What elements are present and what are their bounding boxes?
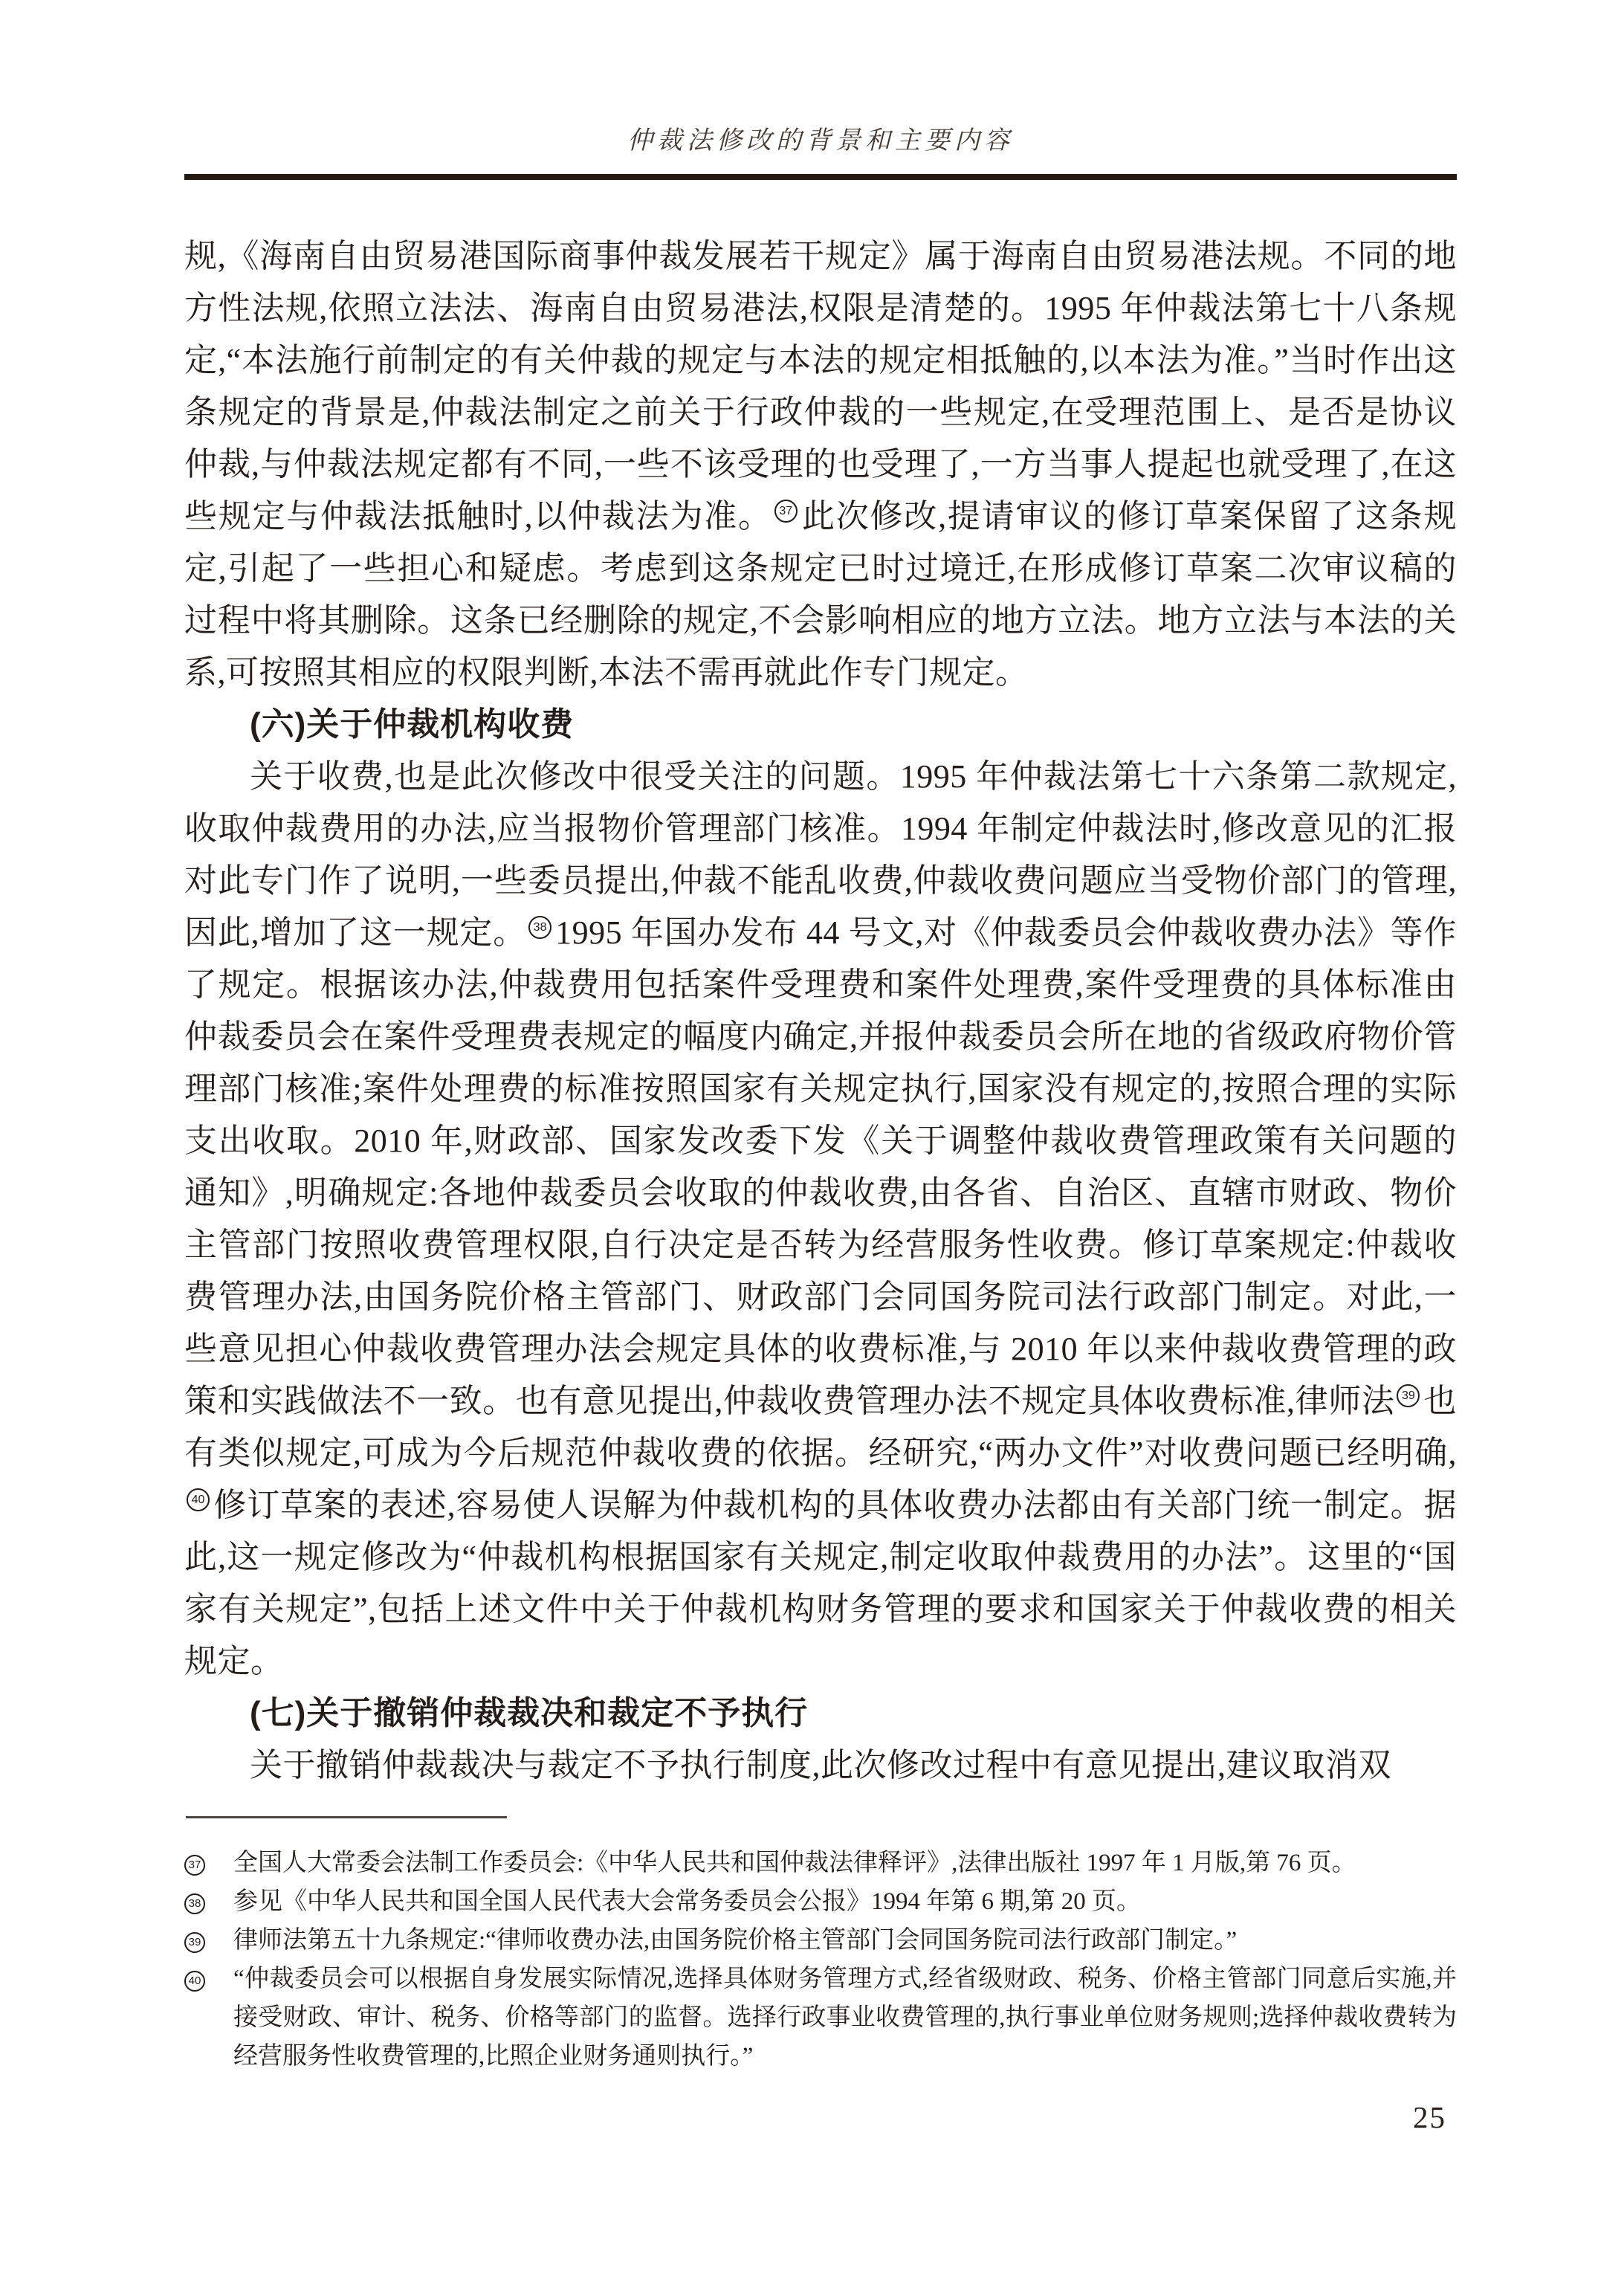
running-head-title: 仲裁法修改的背景和主要内容 — [184, 125, 1457, 158]
section-heading: (六)关于仲裁机构收费 — [184, 699, 1457, 751]
footnote-text: 全国人大常委会法制工作委员会:《中华人民共和国仲裁法律释评》,法律出版社 199… — [233, 1850, 1356, 1876]
footnote-marker-37: 37 — [184, 1855, 205, 1876]
footnote-separator — [186, 1816, 507, 1818]
paragraph: 关于撤销仲裁裁决与裁定不予执行制度,此次修改过程中有意见提出,建议取消双 — [184, 1740, 1457, 1792]
footnote-text: 律师法第五十九条规定:“律师收费办法,由国务院价格主管部门会同国务院司法行政部门… — [233, 1927, 1237, 1954]
circled-number: 38 — [528, 916, 551, 939]
footnote-item-39: 39律师法第五十九条规定:“律师收费办法,由国务院价格主管部门会同国务院司法行政… — [184, 1921, 1457, 1960]
circled-number: 37 — [774, 500, 798, 523]
footnote-ref-39: 39 — [1394, 1387, 1423, 1418]
document-page: 仲裁法修改的背景和主要内容 规,《海南自由贸易港国际商事仲裁发展若干规定》属于海… — [0, 0, 1624, 2283]
page-number: 25 — [1413, 2099, 1446, 2135]
circled-number: 40 — [187, 1488, 210, 1511]
footnote-text: “仲裁委员会可以根据自身发展实际情况,选择具体财务管理方式,经省级财政、税务、价… — [233, 1966, 1457, 2070]
circled-number: 39 — [1397, 1384, 1420, 1407]
paragraph: 规,《海南自由贸易港国际商事仲裁发展若干规定》属于海南自由贸易港法规。不同的地方… — [184, 230, 1457, 699]
paragraph: 关于收费,也是此次修改中很受关注的问题。1995 年仲裁法第七十六条第二款规定,… — [184, 751, 1457, 1688]
footnote-item-38: 38参见《中华人民共和国全国人民代表大会常务委员会公报》1994 年第 6 期,… — [184, 1882, 1457, 1921]
footnote-marker-40: 40 — [184, 1971, 205, 1992]
header-rule — [184, 174, 1457, 180]
article-body: 规,《海南自由贸易港国际商事仲裁发展若干规定》属于海南自由贸易港法规。不同的地方… — [184, 230, 1457, 1792]
footnote-text: 参见《中华人民共和国全国人民代表大会常务委员会公报》1994 年第 6 期,第 … — [233, 1888, 1141, 1915]
footnote-marker-39: 39 — [184, 1932, 205, 1953]
footnote-item-40: 40“仲裁委员会可以根据自身发展实际情况,选择具体财务管理方式,经省级财政、税务… — [184, 1960, 1457, 2076]
footnote-item-37: 37全国人大常委会法制工作委员会:《中华人民共和国仲裁法律释评》,法律出版社 1… — [184, 1844, 1457, 1882]
footnote-list: 37全国人大常委会法制工作委员会:《中华人民共和国仲裁法律释评》,法律出版社 1… — [184, 1844, 1457, 2076]
footnote-ref-38: 38 — [526, 919, 555, 949]
section-heading: (七)关于撤销仲裁裁决和裁定不予执行 — [184, 1688, 1457, 1740]
footnote-marker-38: 38 — [184, 1893, 205, 1914]
footnote-ref-37: 37 — [772, 503, 801, 533]
footnote-ref-40: 40 — [184, 1491, 213, 1522]
